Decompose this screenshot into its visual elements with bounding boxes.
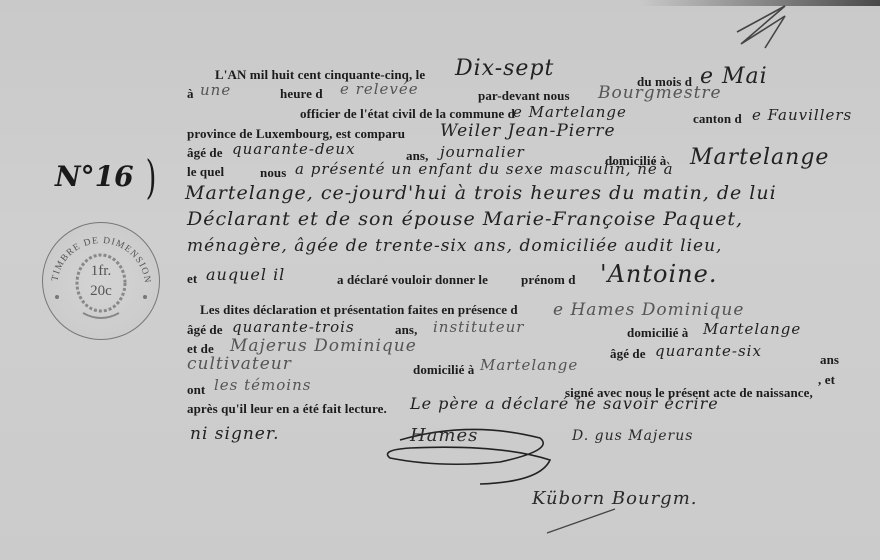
record-number-bracket: ) <box>146 150 157 204</box>
l13-age2: quarante-six <box>655 342 762 360</box>
l11-witness1: e Hames Dominique <box>553 300 744 320</box>
l12-domicile1: Martelange <box>703 320 801 338</box>
l14-domicile2: Martelange <box>480 356 578 374</box>
l3-a: officier de l'état civil de la commune d <box>300 106 515 122</box>
record-number-value: 16 <box>95 160 134 193</box>
l3-commune: e Martelange <box>513 103 627 121</box>
l5-age: quarante-deux <box>232 140 356 158</box>
l2-time: e relevée <box>340 80 419 98</box>
l14-a: domicilié à <box>413 362 474 378</box>
l2-officer-title: Bourgmestre <box>598 83 722 103</box>
birth-record-page: N°16 ) TIMBRE DE DIMENSION 1fr. 20c L'AN… <box>0 0 880 560</box>
l10-a: et <box>187 271 197 287</box>
l15-witnesses: les témoins <box>214 376 311 394</box>
l16-a: après qu'il leur en a été fait lecture. <box>187 401 387 417</box>
l10-auquel: auquel il <box>206 265 285 284</box>
corner-scribble-mark <box>735 2 795 52</box>
l9-text: ménagère, âgée de trente-six ans, domici… <box>187 236 722 256</box>
l15-a: ont <box>187 382 205 398</box>
record-number: N°16 <box>55 160 134 193</box>
l6-a: le quel <box>187 164 224 180</box>
l10-c: prénom d <box>521 272 576 288</box>
l8-text: Déclarant et de son épouse Marie-Françoi… <box>187 208 743 230</box>
signature-witness2: D. gus Majerus <box>572 428 693 444</box>
stamp-value-centimes: 20c <box>43 283 159 300</box>
l2-b: heure d <box>280 86 323 102</box>
l2-hour: une <box>200 81 231 99</box>
l13-c: ans <box>820 352 839 368</box>
l3-b: canton d <box>693 111 742 127</box>
l12-occupation1: instituteur <box>433 318 524 336</box>
signature-officer-stroke <box>545 505 625 535</box>
l16-text: Le père a déclaré ne savoir écrire <box>410 394 719 413</box>
signature-witness1: Hames <box>410 425 478 446</box>
l6-b: nous <box>260 165 286 181</box>
l10-b: a déclaré vouloir donner le <box>337 272 488 288</box>
l1-day: Dix-sept <box>455 56 554 81</box>
l2-c: par-devant nous <box>478 88 570 104</box>
tax-stamp: TIMBRE DE DIMENSION 1fr. 20c <box>42 222 160 340</box>
l3-canton: e Fauvillers <box>752 106 852 124</box>
l17-text: ni signer. <box>190 424 280 444</box>
l2-a: à <box>187 86 194 102</box>
l13-witness2: Majerus Dominique <box>230 336 417 356</box>
stamp-value-francs: 1fr. <box>43 263 159 280</box>
l5-domicile: Martelange <box>690 145 829 170</box>
l7-text: Martelange, ce-jourd'hui à trois heures … <box>185 182 777 204</box>
l12-a: âgé de <box>187 322 223 338</box>
l6-text: a présenté un enfant du sexe masculin, n… <box>295 160 674 178</box>
l14-b: , et <box>818 372 835 388</box>
l12-age1: quarante-trois <box>232 318 355 336</box>
l11-a: Les dites déclaration et présentation fa… <box>200 302 518 318</box>
l12-c: domicilié à <box>627 325 688 341</box>
l10-given-name: 'Antoine. <box>600 260 717 288</box>
l5-occupation: journalier <box>440 143 525 161</box>
l14-occupation2: cultivateur <box>187 354 292 374</box>
l13-b: âgé de <box>610 346 646 362</box>
l4-declarant-name: Weiler Jean-Pierre <box>440 121 616 141</box>
l5-a: âgé de <box>187 145 223 161</box>
stamp-wreath-icon: TIMBRE DE DIMENSION <box>43 223 159 339</box>
record-number-label: N° <box>55 160 95 193</box>
